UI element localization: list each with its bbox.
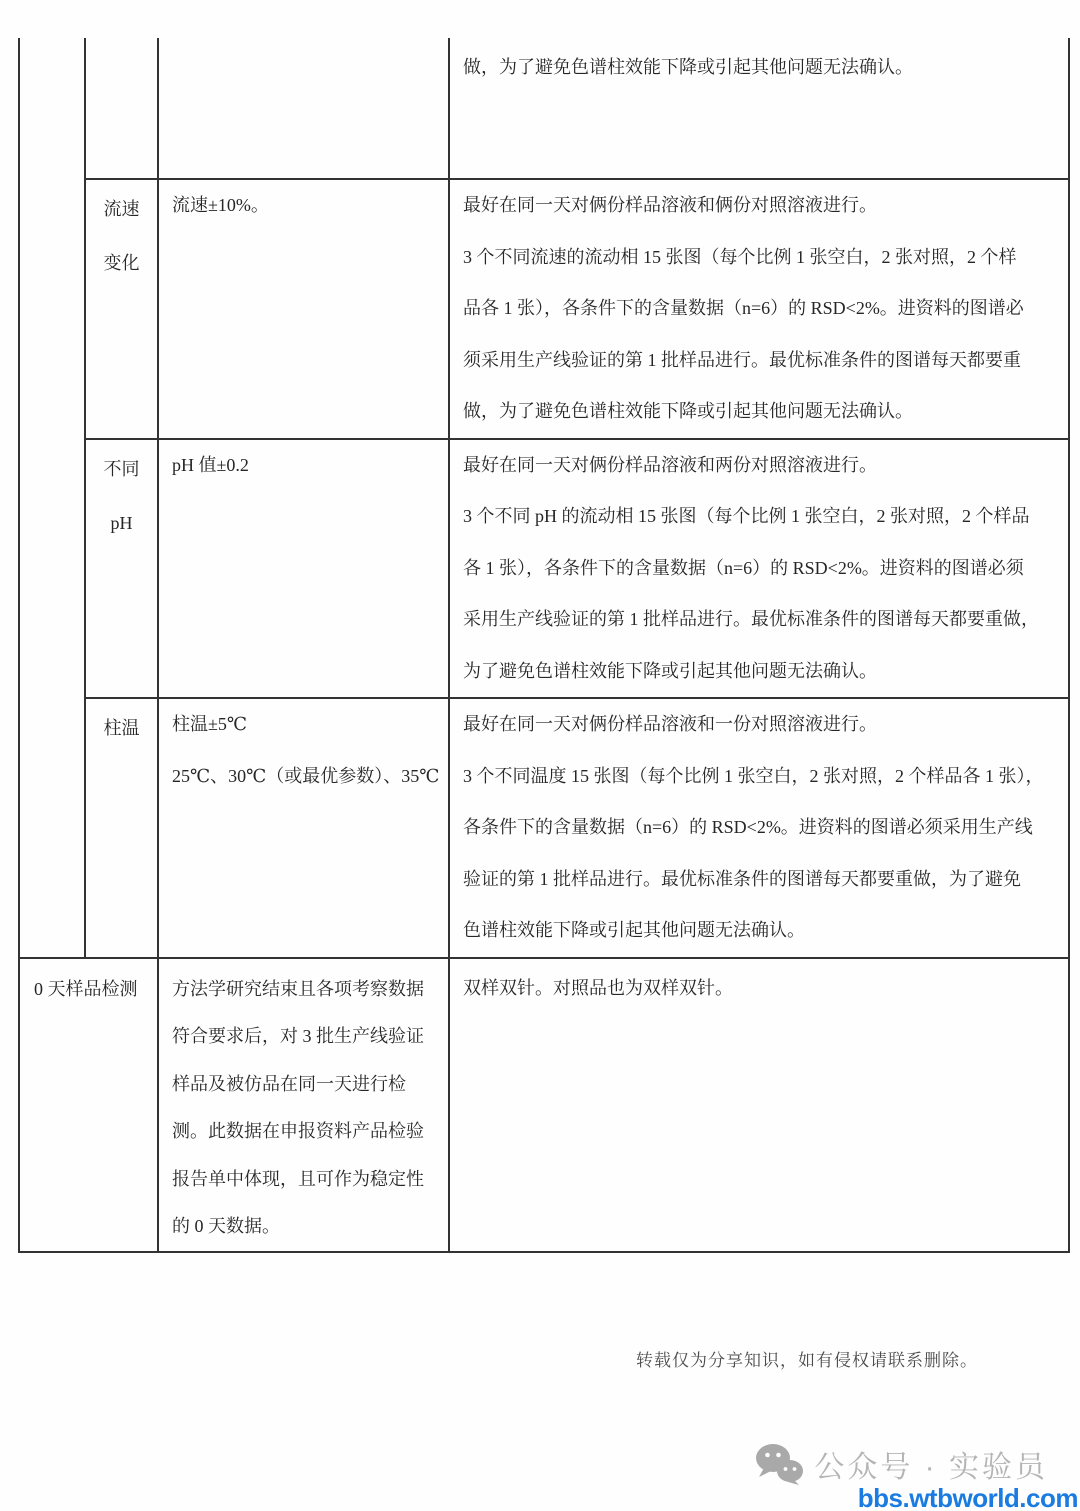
cell-flow-rate-requirement: 最好在同一天对俩份样品溶液和俩份对照溶液进行。 3 个不同流速的流动相 15 张…: [449, 179, 1069, 439]
requirement-line: 双样双针。对照品也为双样双针。: [463, 963, 1064, 1015]
category-line: 不同: [86, 442, 157, 496]
category-line: 柱温: [86, 701, 157, 755]
category-spacer-cell: [19, 38, 85, 958]
cell-day0-requirement: 双样双针。对照品也为双样双针。: [449, 958, 1069, 1253]
cell-temp-category: 柱温: [85, 698, 158, 958]
condition-line: 柱温±5℃: [172, 699, 444, 751]
requirement-line: 最好在同一天对俩份样品溶液和两份对照溶液进行。: [463, 440, 1064, 492]
cell-day0-condition: 方法学研究结束且各项考察数据 符合要求后，对 3 批生产线验证 样品及被仿品在同…: [158, 958, 449, 1253]
requirement-line: 各条件下的含量数据（n=6）的 RSD<2%。进资料的图谱必须采用生产线: [463, 802, 1064, 854]
cell-continued-category: [85, 38, 158, 179]
requirement-line: 做，为了避免色谱柱效能下降或引起其他问题无法确认。: [463, 42, 1064, 94]
requirement-line: 3 个不同温度 15 张图（每个比例 1 张空白，2 张对照，2 个样品各 1 …: [463, 751, 1064, 803]
cell-ph-category: 不同 pH: [85, 439, 158, 699]
category-line: 变化: [86, 236, 157, 290]
robustness-table: 做，为了避免色谱柱效能下降或引起其他问题无法确认。 流速 变化 流速±10%。 …: [18, 38, 1070, 1253]
condition-line: 样品及被仿品在同一天进行检: [172, 1061, 444, 1109]
requirement-line: 3 个不同 pH 的流动相 15 张图（每个比例 1 张空白，2 张对照，2 个…: [463, 491, 1064, 543]
condition-line: 的 0 天数据。: [172, 1203, 444, 1251]
cell-day0-category: 0 天样品检测: [19, 958, 158, 1253]
requirement-line: 3 个不同流速的流动相 15 张图（每个比例 1 张空白，2 张对照，2 个样: [463, 232, 1064, 284]
requirement-line: 采用生产线验证的第 1 批样品进行。最优标准条件的图谱每天都要重做，: [463, 594, 1064, 646]
requirement-line: 色谱柱效能下降或引起其他问题无法确认。: [463, 905, 1064, 957]
cell-temp-requirement: 最好在同一天对俩份样品溶液和一份对照溶液进行。 3 个不同温度 15 张图（每个…: [449, 698, 1069, 958]
cell-ph-requirement: 最好在同一天对俩份样品溶液和两份对照溶液进行。 3 个不同 pH 的流动相 15…: [449, 439, 1069, 699]
category-line: 0 天样品检测: [34, 964, 153, 1016]
branding-block: 公众号 · 实验员 bbs.wtbworld.com: [754, 1440, 1080, 1511]
condition-line: 流速±10%。: [172, 180, 444, 232]
document-page: 做，为了避免色谱柱效能下降或引起其他问题无法确认。 流速 变化 流速±10%。 …: [0, 0, 1080, 1511]
condition-line: 报告单中体现，且可作为稳定性: [172, 1156, 444, 1204]
requirement-line: 最好在同一天对俩份样品溶液和俩份对照溶液进行。: [463, 180, 1064, 232]
site-url: bbs.wtbworld.com: [858, 1485, 1078, 1511]
requirement-line: 验证的第 1 批样品进行。最优标准条件的图谱每天都要重做，为了避免: [463, 854, 1064, 906]
cell-continued-requirement: 做，为了避免色谱柱效能下降或引起其他问题无法确认。: [449, 38, 1069, 179]
cell-ph-condition: pH 值±0.2: [158, 439, 449, 699]
cell-continued-condition: [158, 38, 449, 179]
cell-flow-rate-category: 流速 变化: [85, 179, 158, 439]
cell-flow-rate-condition: 流速±10%。: [158, 179, 449, 439]
requirement-line: 须采用生产线验证的第 1 批样品进行。最优标准条件的图谱每天都要重: [463, 335, 1064, 387]
wechat-account-name: 公众号 · 实验员: [814, 1442, 1048, 1486]
requirement-line: 各 1 张），各条件下的含量数据（n=6）的 RSD<2%。进资料的图谱必须: [463, 543, 1064, 595]
wechat-icon: [754, 1442, 804, 1486]
condition-line: 测。此数据在申报资料产品检验: [172, 1108, 444, 1156]
requirement-line: 最好在同一天对俩份样品溶液和一份对照溶液进行。: [463, 699, 1064, 751]
condition-line: 25℃、30℃（或最优参数）、35℃: [172, 751, 444, 803]
requirement-line: 为了避免色谱柱效能下降或引起其他问题无法确认。: [463, 646, 1064, 698]
category-line: pH: [86, 496, 157, 550]
requirement-line: 品各 1 张），各条件下的含量数据（n=6）的 RSD<2%。进资料的图谱必: [463, 283, 1064, 335]
condition-line: 符合要求后，对 3 批生产线验证: [172, 1013, 444, 1061]
condition-line: pH 值±0.2: [172, 440, 444, 492]
condition-line: 方法学研究结束且各项考察数据: [172, 966, 444, 1014]
cell-temp-condition: 柱温±5℃ 25℃、30℃（或最优参数）、35℃: [158, 698, 449, 958]
category-line: 流速: [86, 182, 157, 236]
requirement-line: 做，为了避免色谱柱效能下降或引起其他问题无法确认。: [463, 386, 1064, 438]
reprint-disclaimer: 转载仅为分享知识，如有侵权请联系删除。: [636, 1346, 978, 1371]
